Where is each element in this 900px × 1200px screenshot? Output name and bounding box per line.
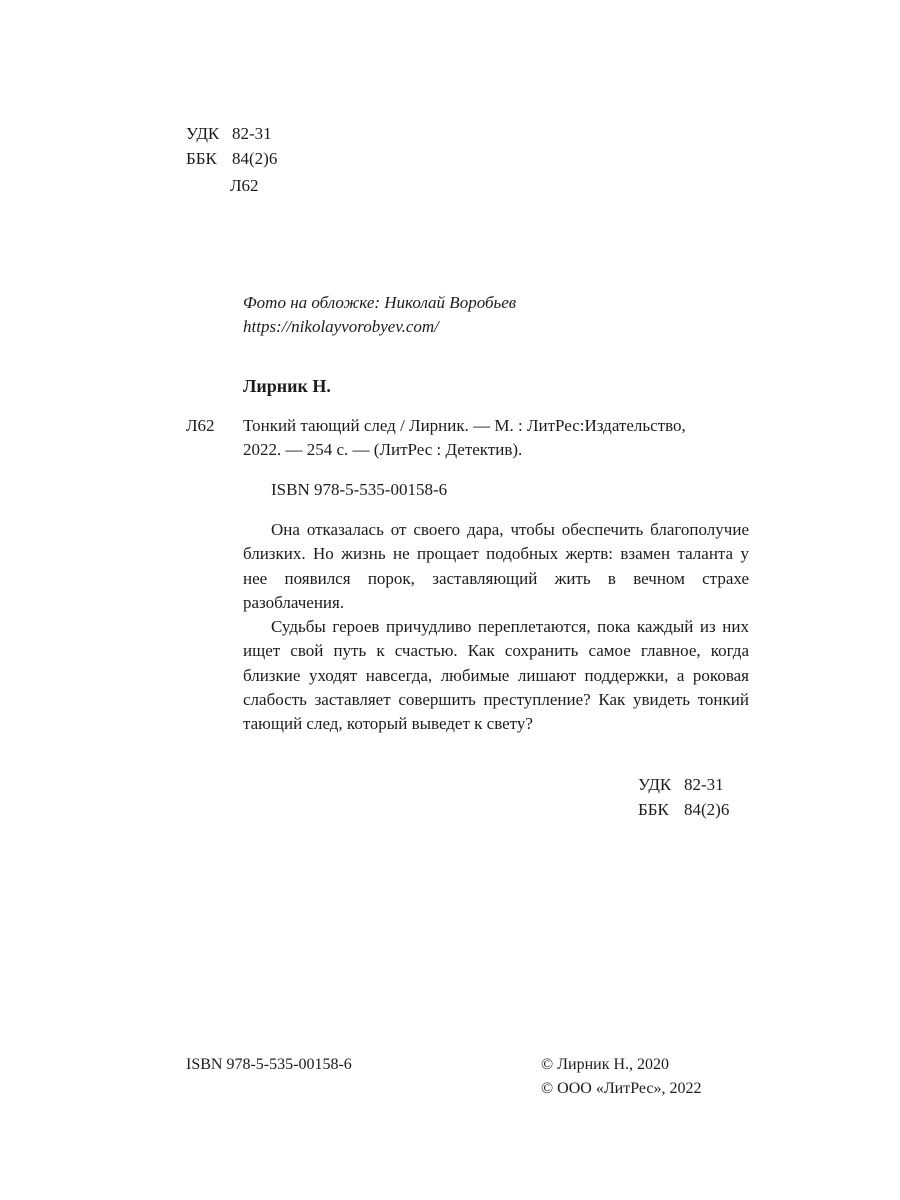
udk-top: УДК82-31 xyxy=(186,121,272,146)
udk-label: УДК xyxy=(638,772,684,797)
bbk-bottom: ББК84(2)6 xyxy=(638,797,729,822)
annotation-paragraph: Она отказалась от своего дара, чтобы обе… xyxy=(243,518,749,615)
udk-value: 82-31 xyxy=(232,124,272,143)
bbk-label: ББК xyxy=(186,146,232,171)
udk-value: 82-31 xyxy=(684,775,724,794)
copyright-publisher: © ООО «ЛитРес», 2022 xyxy=(541,1076,702,1101)
author-code: Л62 xyxy=(186,413,215,438)
annotation: Она отказалась от своего дара, чтобы обе… xyxy=(243,518,749,737)
copyright-author: © Лирник Н., 2020 xyxy=(541,1052,669,1077)
bbk-value: 84(2)6 xyxy=(684,800,729,819)
udk-label: УДК xyxy=(186,121,232,146)
bbk-top: ББК84(2)6 xyxy=(186,146,277,171)
bibliographic-description-line-1: Тонкий тающий след / Лирник. — М. : ЛитР… xyxy=(243,413,686,438)
photo-url: https://nikolayvorobyev.com/ xyxy=(243,314,439,339)
isbn: ISBN 978-5-535-00158-6 xyxy=(271,477,447,502)
udk-bottom: УДК82-31 xyxy=(638,772,724,797)
author-heading: Лирник Н. xyxy=(243,374,331,399)
footer-isbn: ISBN 978-5-535-00158-6 xyxy=(186,1052,352,1077)
author-code-top: Л62 xyxy=(230,173,259,198)
photo-credit: Фото на обложке: Николай Воробьев xyxy=(243,290,516,315)
annotation-paragraph: Судьбы героев причудливо переплетаются, … xyxy=(243,615,749,736)
bibliographic-description-line-2: 2022. — 254 с. — (ЛитРес : Детектив). xyxy=(243,437,522,462)
bbk-value: 84(2)6 xyxy=(232,149,277,168)
bbk-label: ББК xyxy=(638,797,684,822)
